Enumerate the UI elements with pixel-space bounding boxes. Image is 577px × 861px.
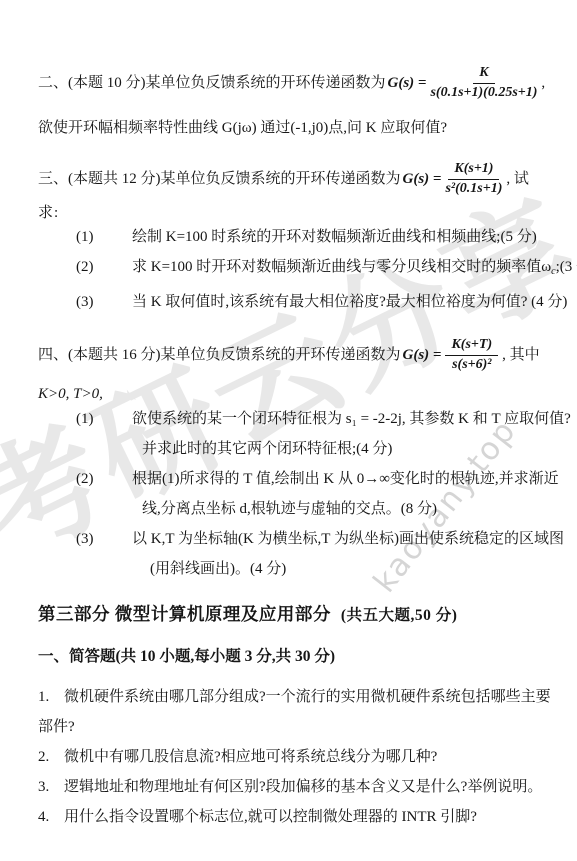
q3-item-2-text-pre: 求 K=100 时开环对数幅频渐近曲线与零分贝线相交时的频率值ω	[132, 259, 551, 275]
q4-item-1-text-1: 欲使系统的某一个闭环特征根为 s₁ = -2-2j, 其参数 K 和 T 应取何…	[132, 411, 571, 427]
sa-item-1-number: 1.	[38, 682, 64, 712]
q4-item-3-line-1: (3)以 K,T 为坐标轴(K 为横坐标,T 为纵坐标)画出使系统稳定的区域图	[38, 524, 553, 554]
q3-item-3-text: 当 K 取何值时,该系统有最大相位裕度?最大相位裕度为何值? (4 分)	[132, 294, 567, 310]
q4-item-3-text-1: 以 K,T 为坐标轴(K 为横坐标,T 为纵坐标)画出使系统稳定的区域图	[132, 531, 564, 547]
q2-transfer-function-fraction: K s(0.1s+1)(0.25s+1)	[430, 65, 537, 100]
sa-item-1-text-1: 微机硬件系统由哪几部分组成?一个流行的实用微机硬件系统包括哪些主要	[64, 689, 551, 705]
q2-fraction-denominator: s(0.1s+1)(0.25s+1)	[430, 84, 537, 101]
q4-fraction-denominator: s(s+6)²	[452, 356, 491, 373]
question-2-lead: 二、(本题 10 分)某单位负反馈系统的开环传递函数为	[38, 73, 386, 93]
part-3-header-note: (共五大题,50 分)	[341, 607, 458, 624]
q3-item-3-number: (3)	[76, 287, 132, 317]
question-2-intro-line: 二、(本题 10 分)某单位负反馈系统的开环传递函数为G(s) = K s(0.…	[38, 54, 553, 112]
q3-item-1-number: (1)	[76, 222, 132, 252]
sa-item-2-text: 微机中有哪几股信息流?相应地可将系统总线分为哪几种?	[64, 749, 437, 765]
question-4-condition: K>0, T>0,	[38, 384, 553, 404]
q2-fraction-numerator: K	[473, 65, 494, 83]
q3-formula-lhs: G(s) =	[403, 169, 442, 189]
sa-item-3-text: 逻辑地址和物理地址有何区别?段加偏移的基本含义又是什么?举例说明。	[64, 779, 542, 795]
sa-item-2-number: 2.	[38, 742, 64, 772]
q3-item-1-text: 绘制 K=100 时系统的开环对数幅频渐近曲线和相频曲线;(5 分)	[132, 229, 537, 245]
question-4-items: (1)欲使系统的某一个闭环特征根为 s₁ = -2-2j, 其参数 K 和 T …	[38, 404, 553, 584]
part-3-header-title: 第三部分 微型计算机原理及应用部分	[38, 604, 331, 624]
q4-transfer-function-fraction: K(s+T) s(s+6)²	[445, 337, 498, 372]
exam-paper-page: 考研云分享 kaoyany.top 二、(本题 10 分)某单位负反馈系统的开环…	[0, 0, 577, 861]
q4-item-3-number: (3)	[76, 524, 132, 554]
short-answer-items: 1.微机硬件系统由哪几部分组成?一个流行的实用微机硬件系统包括哪些主要 部件? …	[38, 682, 553, 832]
q3-item-2-text-post: ;(3 分)	[556, 259, 577, 275]
sa-item-3: 3.逻辑地址和物理地址有何区别?段加偏移的基本含义又是什么?举例说明。	[38, 772, 553, 802]
sa-item-2: 2.微机中有哪几股信息流?相应地可将系统总线分为哪几种?	[38, 742, 553, 772]
sa-item-4: 4.用什么指令设置哪个标志位,就可以控制微处理器的 INTR 引脚?	[38, 802, 553, 832]
section-1-header: 一、简答题(共 10 小题,每小题 3 分,共 30 分)	[38, 647, 553, 668]
question-3-intro-line: 三、(本题共 12 分)某单位负反馈系统的开环传递函数为G(s) = K(s+1…	[38, 150, 553, 208]
sa-item-1-line-1: 1.微机硬件系统由哪几部分组成?一个流行的实用微机硬件系统包括哪些主要	[38, 682, 553, 712]
q4-item-1-number: (1)	[76, 404, 132, 434]
q3-item-3: (3)当 K 取何值时,该系统有最大相位裕度?最大相位裕度为何值? (4 分)	[38, 287, 553, 317]
q2-formula-lhs: G(s) =	[388, 73, 427, 93]
question-2-line-2: 欲使开环幅相频率特性曲线 G(jω) 通过(-1,j0)点,问 K 应取何值?	[38, 118, 553, 138]
question-3-lead: 三、(本题共 12 分)某单位负反馈系统的开环传递函数为	[38, 169, 401, 189]
q4-item-2-text-1: 根据(1)所求得的 T 值,绘制出 K 从 0→∞变化时的根轨迹,并求渐近	[132, 471, 559, 487]
sa-item-4-number: 4.	[38, 802, 64, 832]
sa-item-3-number: 3.	[38, 772, 64, 802]
q4-item-1-line-1: (1)欲使系统的某一个闭环特征根为 s₁ = -2-2j, 其参数 K 和 T …	[38, 404, 553, 434]
q3-item-2: (2)求 K=100 时开环对数幅频渐近曲线与零分贝线相交时的频率值ωc;(3 …	[38, 252, 553, 287]
part-3-header: 第三部分 微型计算机原理及应用部分(共五大题,50 分)	[38, 603, 553, 627]
sa-item-1-line-2: 部件?	[38, 712, 553, 742]
q4-fraction-numerator: K(s+T)	[445, 337, 498, 355]
q3-transfer-function-fraction: K(s+1) s²(0.1s+1)	[445, 161, 502, 196]
q4-item-3-line-2: (用斜线画出)。(4 分)	[38, 554, 553, 584]
question-3-items: (1)绘制 K=100 时系统的开环对数幅频渐近曲线和相频曲线;(5 分) (2…	[38, 222, 553, 317]
q2-formula-tail: ,	[541, 73, 545, 93]
q3-fraction-denominator: s²(0.1s+1)	[445, 180, 502, 197]
q4-formula-lhs: G(s) =	[403, 345, 442, 365]
q3-item-2-number: (2)	[76, 252, 132, 282]
q4-item-2-line-1: (2)根据(1)所求得的 T 值,绘制出 K 从 0→∞变化时的根轨迹,并求渐近	[38, 464, 553, 494]
q4-formula-tail: , 其中	[502, 345, 540, 365]
q3-formula-tail: , 试	[506, 169, 529, 189]
q4-item-2-line-2: 线,分离点坐标 d,根轨迹与虚轴的交点。(8 分)	[38, 494, 553, 524]
q3-fraction-numerator: K(s+1)	[448, 161, 499, 179]
sa-item-4-text: 用什么指令设置哪个标志位,就可以控制微处理器的 INTR 引脚?	[64, 809, 477, 825]
question-3-qiu: 求:	[38, 203, 553, 223]
question-4-lead: 四、(本题共 16 分)某单位负反馈系统的开环传递函数为	[38, 345, 401, 365]
q3-item-1: (1)绘制 K=100 时系统的开环对数幅频渐近曲线和相频曲线;(5 分)	[38, 222, 553, 252]
q4-item-2-number: (2)	[76, 464, 132, 494]
q4-item-1-line-2: 并求此时的其它两个闭环特征根;(4 分)	[38, 434, 553, 464]
question-4-intro-line: 四、(本题共 16 分)某单位负反馈系统的开环传递函数为G(s) = K(s+T…	[38, 326, 553, 384]
